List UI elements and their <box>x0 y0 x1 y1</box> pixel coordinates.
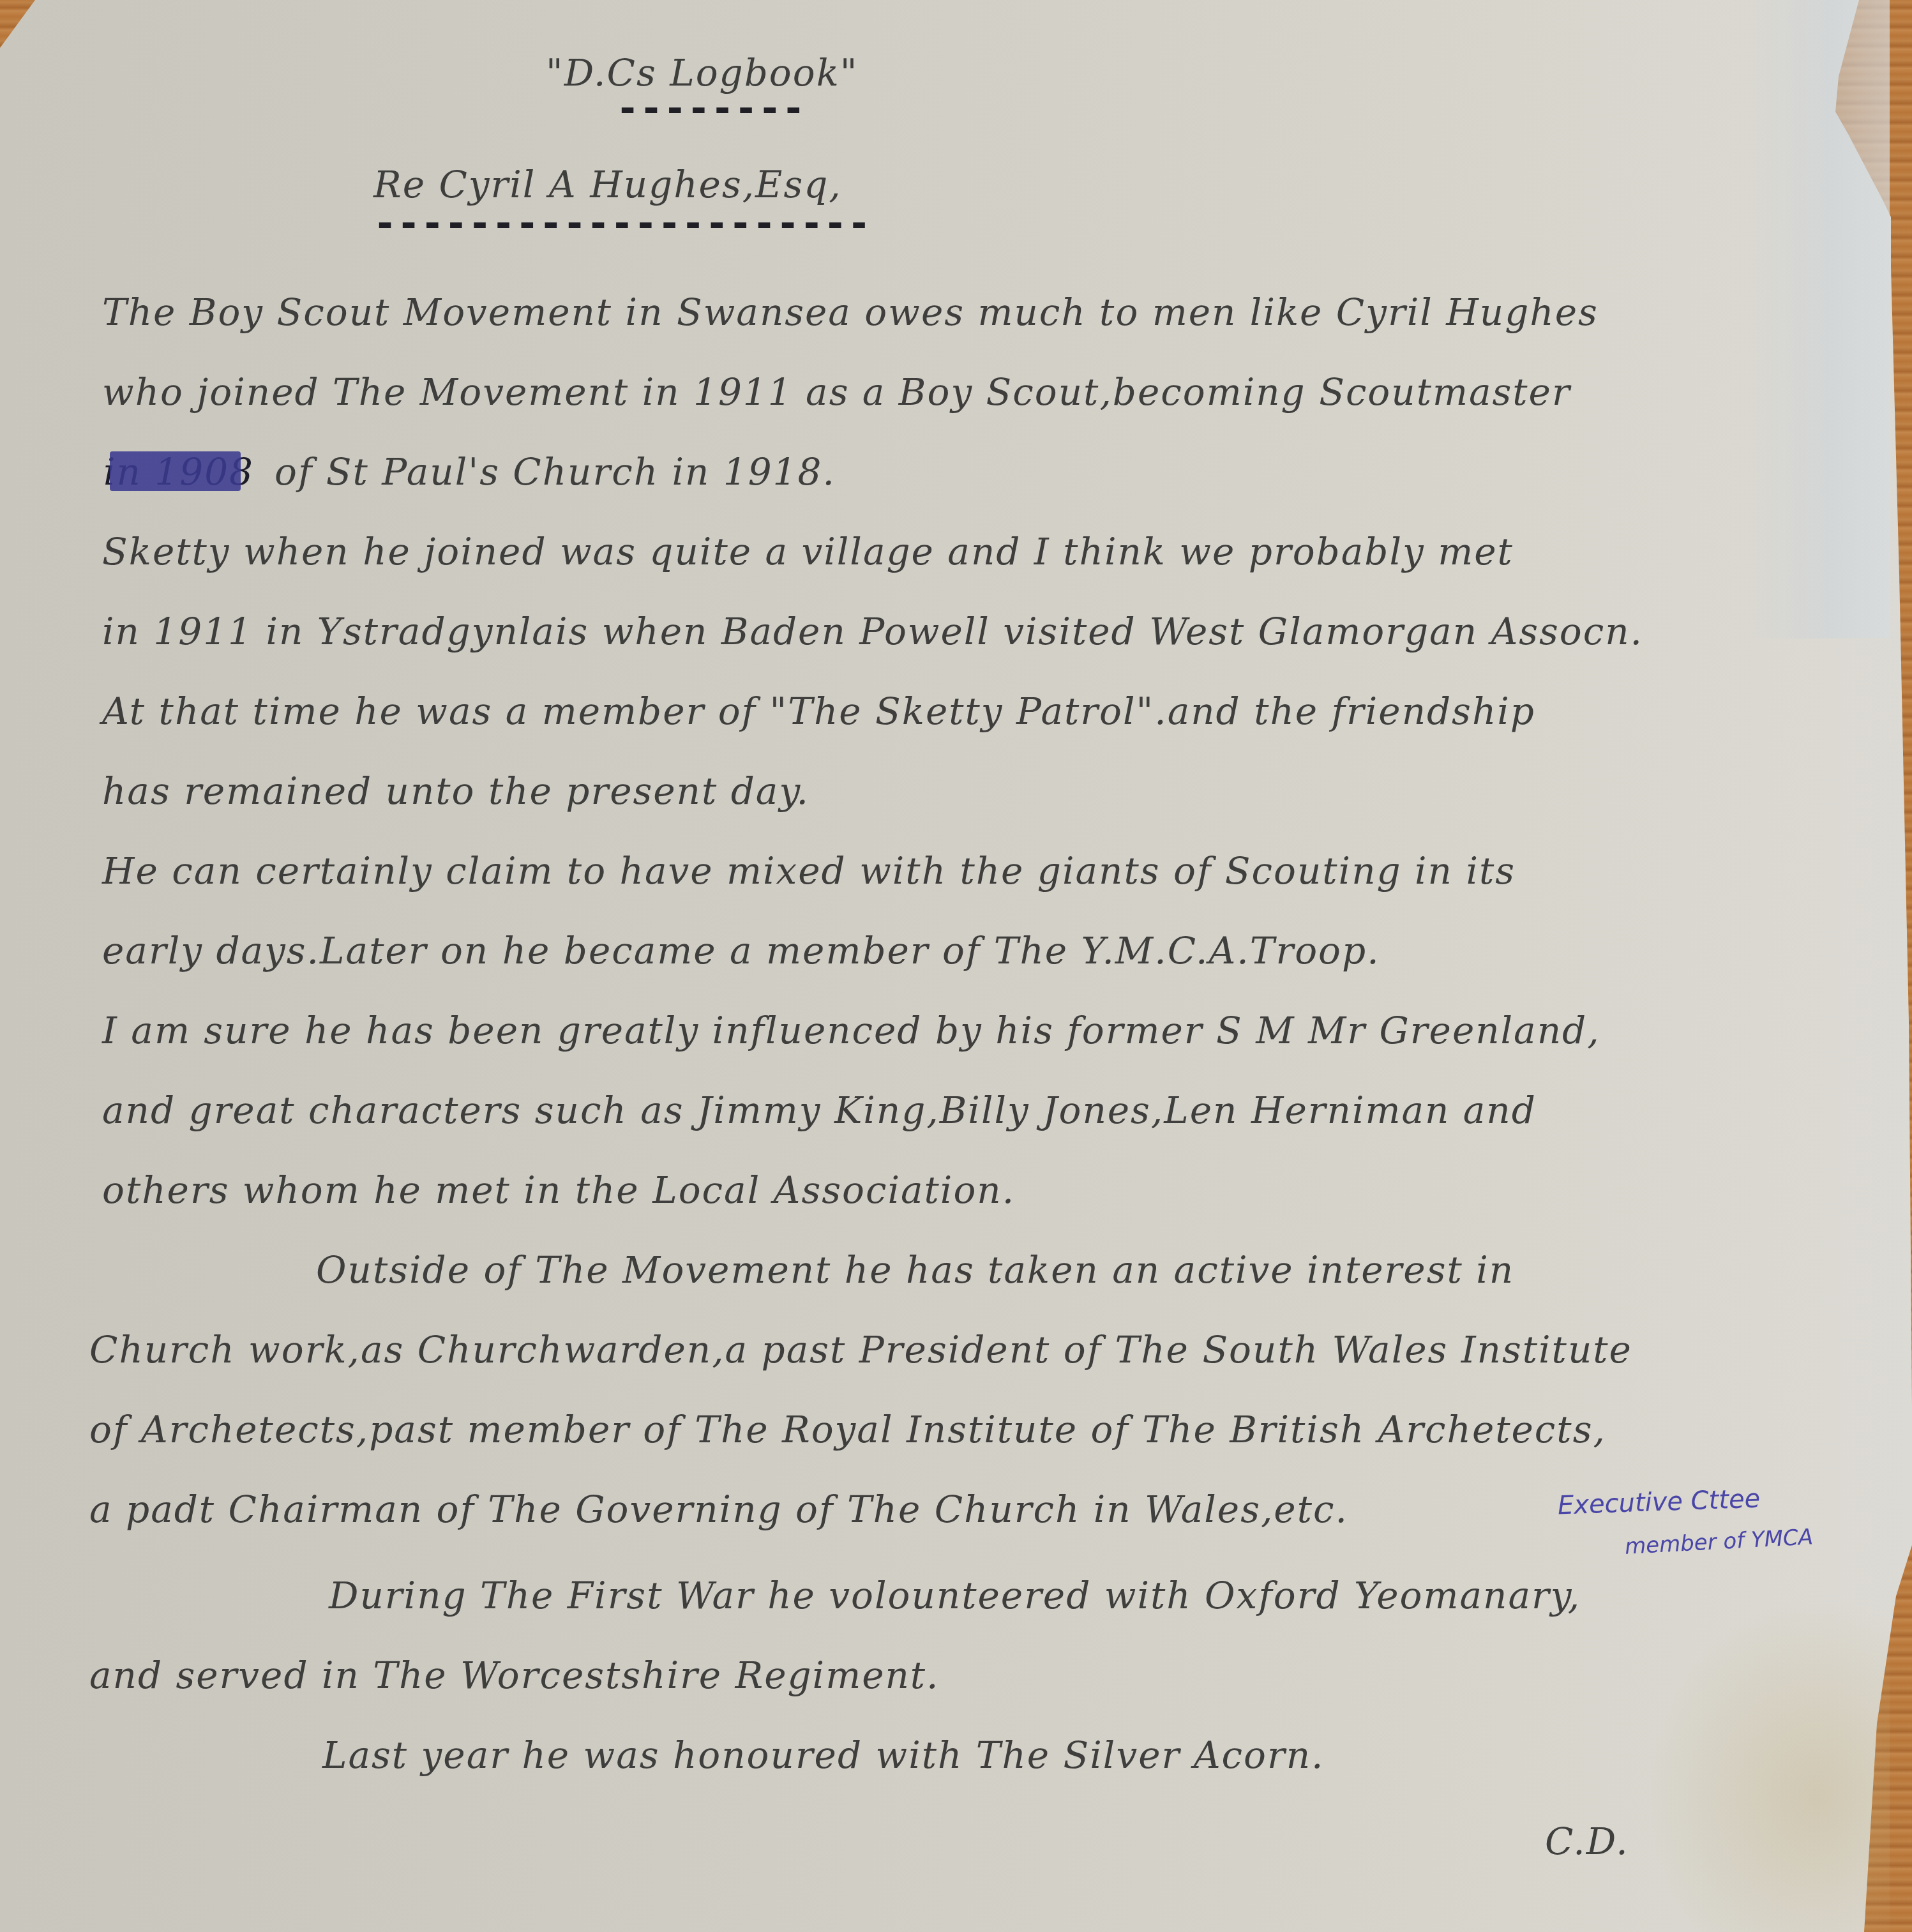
body-line-7: has remained unto the present day. <box>102 769 809 813</box>
signature-initials: C.D. <box>1545 1820 1629 1863</box>
document-subject: Re Cyril A Hughes,Esq, <box>373 163 842 206</box>
body-line-9: early days.Later on he became a member o… <box>102 929 1380 972</box>
body-line-8: He can certainly claim to have mixed wit… <box>102 849 1516 893</box>
body-line-13: Outside of The Movement he has taken an … <box>316 1248 1514 1292</box>
body-line-17: During The First War he volounteered wit… <box>329 1574 1581 1617</box>
body-line-2: who joined The Movement in 1911 as a Boy… <box>102 370 1571 414</box>
body-line-1: The Boy Scout Movement in Swansea owes m… <box>102 291 1599 334</box>
body-line-6: At that time he was a member of "The Ske… <box>102 690 1535 733</box>
body-line-3: of St Paul's Church in 1918. <box>275 450 836 494</box>
body-line-16: a padt Chairman of The Governing of The … <box>89 1488 1348 1531</box>
body-line-19: Last year he was honoured with The Silve… <box>322 1733 1324 1777</box>
body-line-5: in 1911 in Ystradgynlais when Baden Powe… <box>102 610 1643 653</box>
body-line-4: Sketty when he joined was quite a villag… <box>102 530 1514 573</box>
body-line-10: I am sure he has been greatly influenced… <box>102 1009 1600 1052</box>
ink-redaction-mark <box>110 451 241 491</box>
body-line-14: Church work,as Churchwarden,a past Presi… <box>89 1328 1632 1371</box>
subject-underline: --------------------- <box>373 201 871 246</box>
body-line-15: of Archetects,past member of The Royal I… <box>89 1408 1606 1451</box>
title-underline: -------- <box>616 86 806 131</box>
body-line-18: and served in The Worcestshire Regiment. <box>89 1654 940 1697</box>
body-line-12: others whom he met in the Local Associat… <box>102 1168 1015 1212</box>
body-line-11: and great characters such as Jimmy King,… <box>102 1089 1537 1132</box>
